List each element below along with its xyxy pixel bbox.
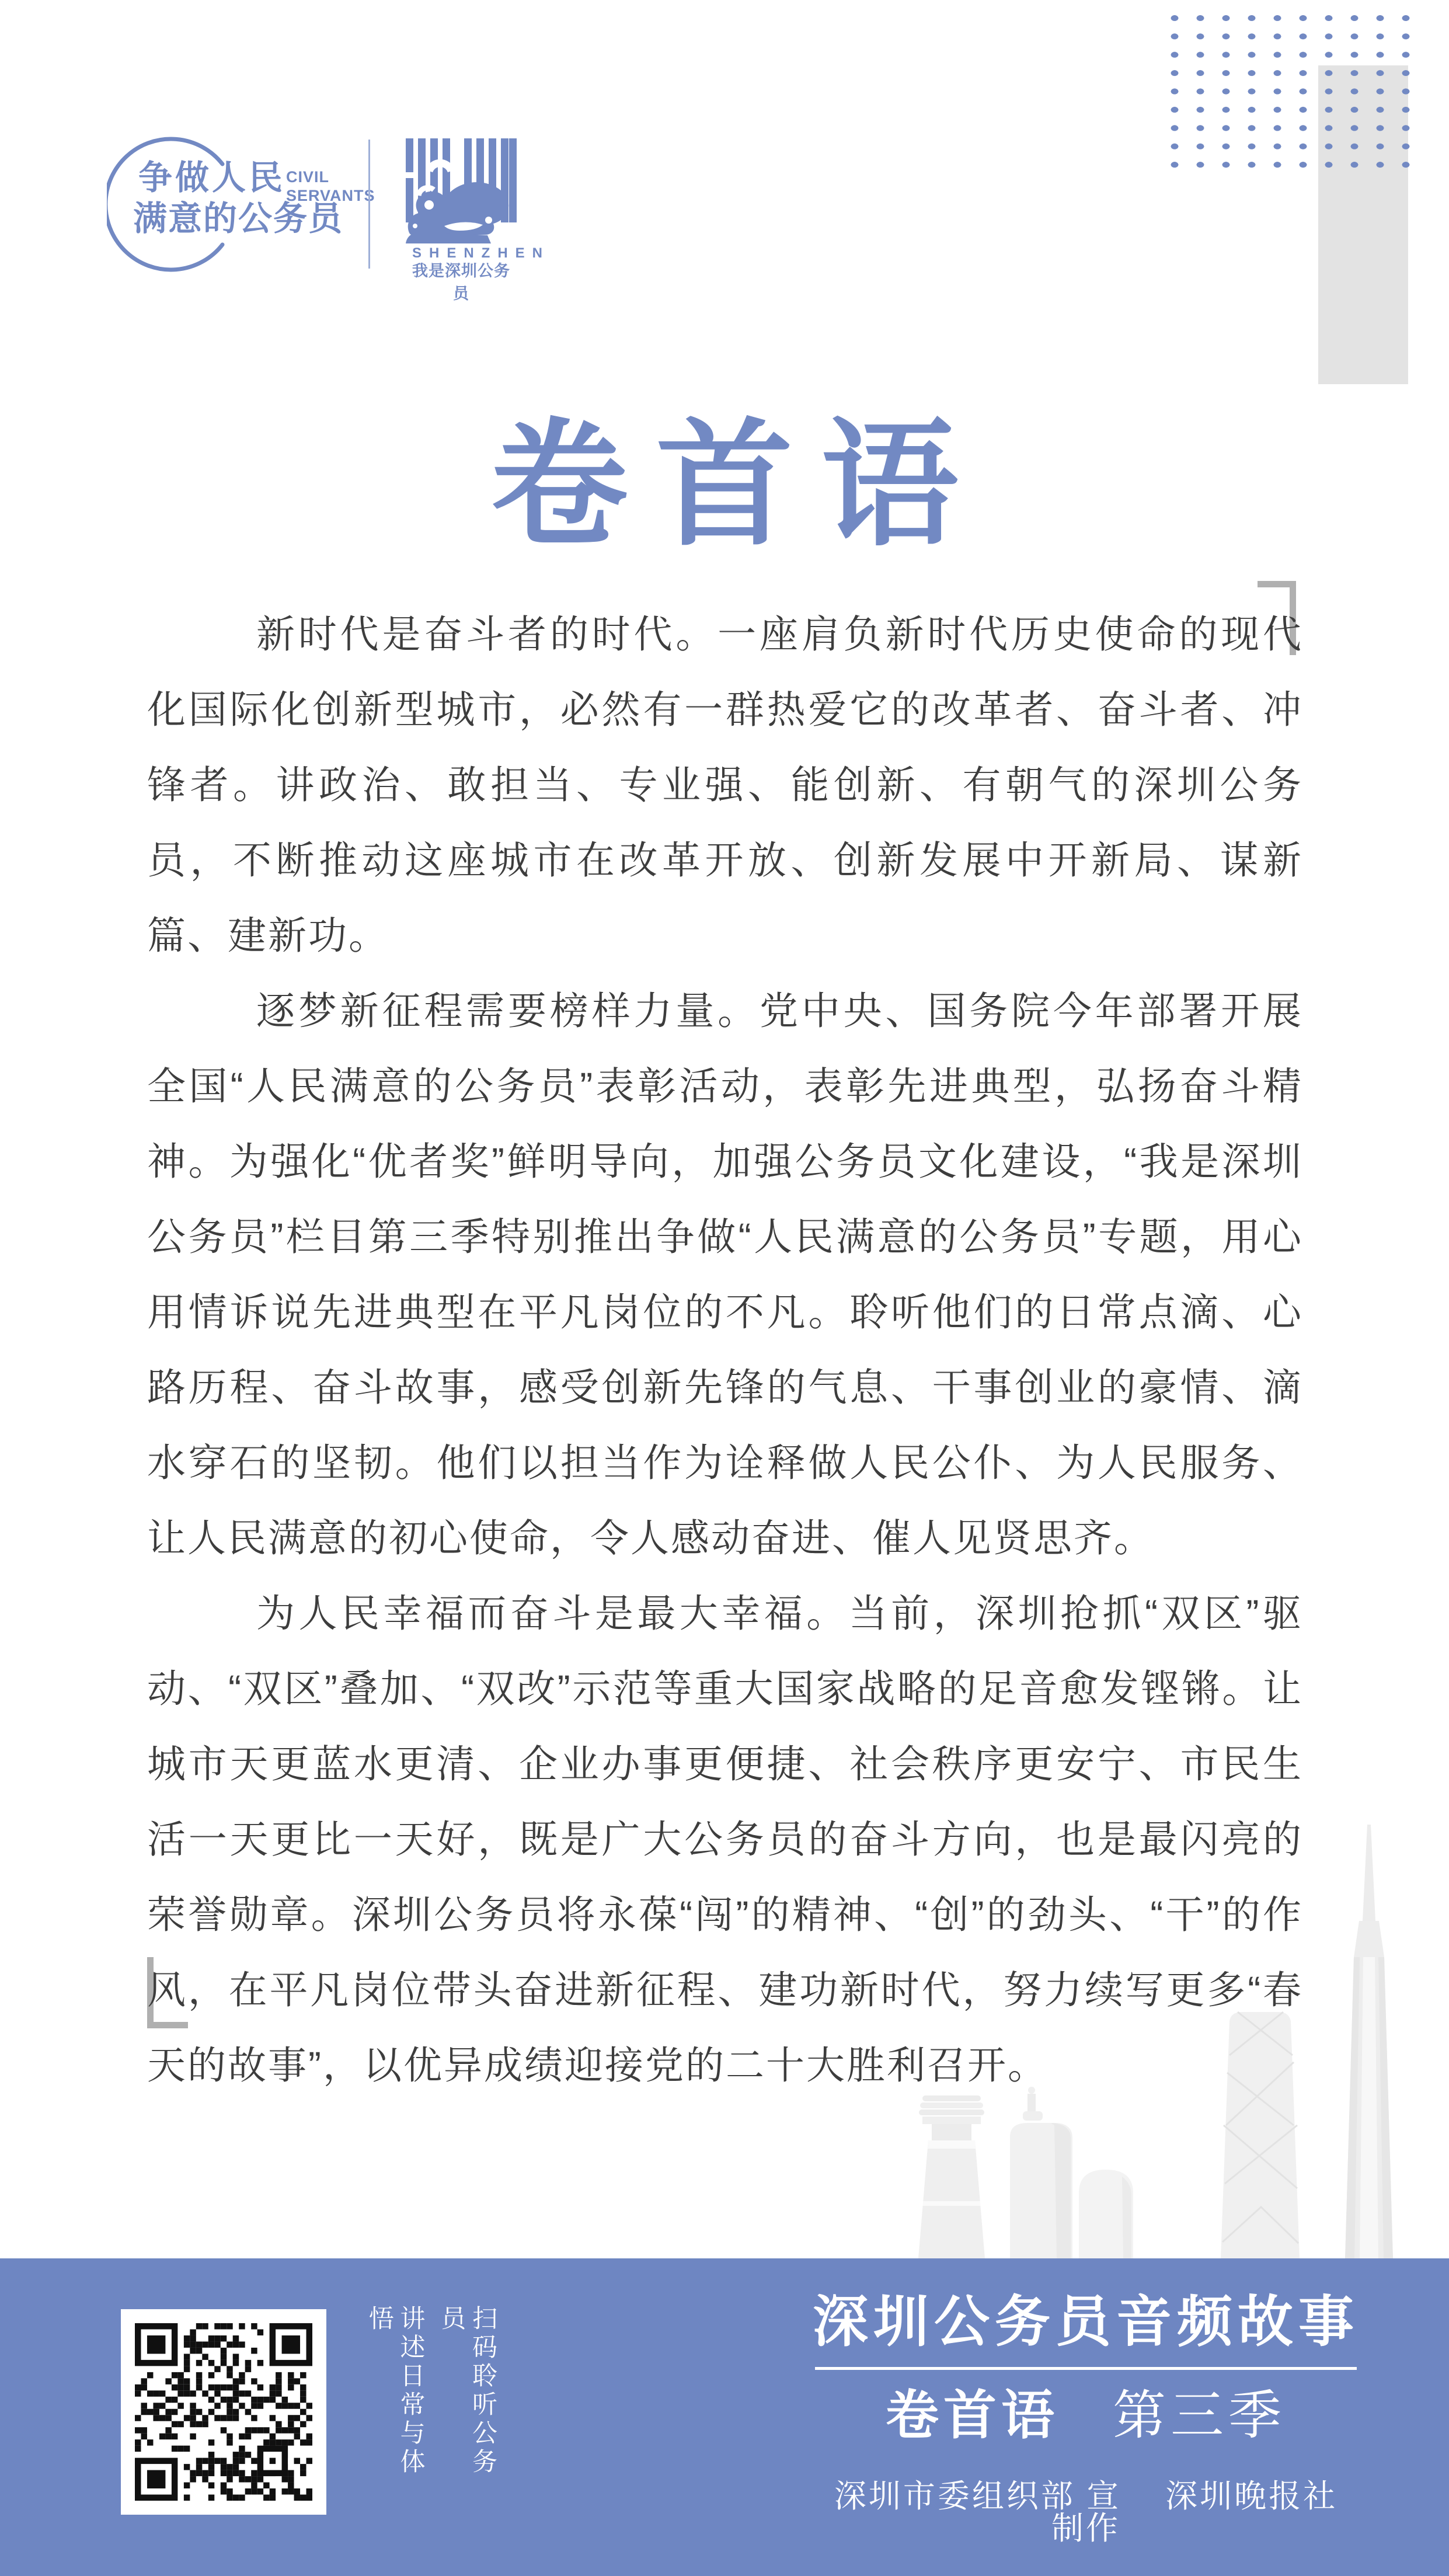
footer-bar: 扫码聆听公务员 讲述日常与体悟 深圳公务员音频故事 卷首语第三季 深圳市委组织部… [0, 2258, 1449, 2576]
footer-subtitle-title: 卷首语 [886, 2386, 1059, 2445]
paragraph-1: 新时代是奋斗者的时代。一座肩负新时代历史使命的现代化国际化创新型城市，必然有一群… [147, 597, 1303, 973]
badge-slogan-line2: 满意的公务员 [133, 202, 343, 236]
poster-page: 争做人民 CIVIL SERVANTS 满意的公务员 SHENZHEN 我是深圳… [0, 0, 1449, 2576]
paragraph-3: 为人民幸福而奋斗是最大幸福。当前，深圳抢抓“双区”驱动、“双区”叠加、“双改”示… [147, 1576, 1303, 2103]
page-title: 卷首语 [0, 410, 1449, 561]
footer-subtitle: 卷首语第三季 [811, 2389, 1360, 2442]
footer-credits: 深圳市委组织部 宣深圳晚报社 制作 [811, 2480, 1360, 2544]
qr-code[interactable] [121, 2309, 326, 2515]
qr-caption-col-right: 扫码聆听公务员 [436, 2305, 499, 2504]
qr-caption-col-left: 讲述日常与体悟 [363, 2305, 426, 2504]
shenzhen-logo-cn: 我是深圳公务员 [405, 258, 518, 304]
paragraph-2: 逐梦新征程需要榜样力量。党中央、国务院今年部署开展全国“人民满意的公务员”表彰活… [147, 973, 1303, 1576]
qr-code-icon [135, 2323, 312, 2501]
footer-credit-publisher: 深圳市委组织部 宣 [834, 2478, 1121, 2514]
badge-en-line1: CIVIL [286, 168, 375, 187]
footer-subtitle-season: 第三季 [1113, 2386, 1286, 2445]
foreword-body: 新时代是奋斗者的时代。一座肩负新时代历史使命的现代化国际化创新型城市，必然有一群… [147, 597, 1303, 2103]
header-divider [368, 140, 370, 269]
shenzhen-bull-logo-icon [406, 138, 517, 243]
footer-heading: 深圳公务员音频故事 [811, 2295, 1360, 2350]
qr-caption: 扫码聆听公务员 讲述日常与体悟 [363, 2305, 498, 2504]
dot-grid-pattern [1162, 9, 1419, 175]
footer-divider [815, 2367, 1357, 2370]
footer-right-block: 深圳公务员音频故事 卷首语第三季 深圳市委组织部 宣深圳晚报社 制作 [811, 2258, 1360, 2576]
badge-slogan-line1: 争做人民 [138, 161, 285, 195]
